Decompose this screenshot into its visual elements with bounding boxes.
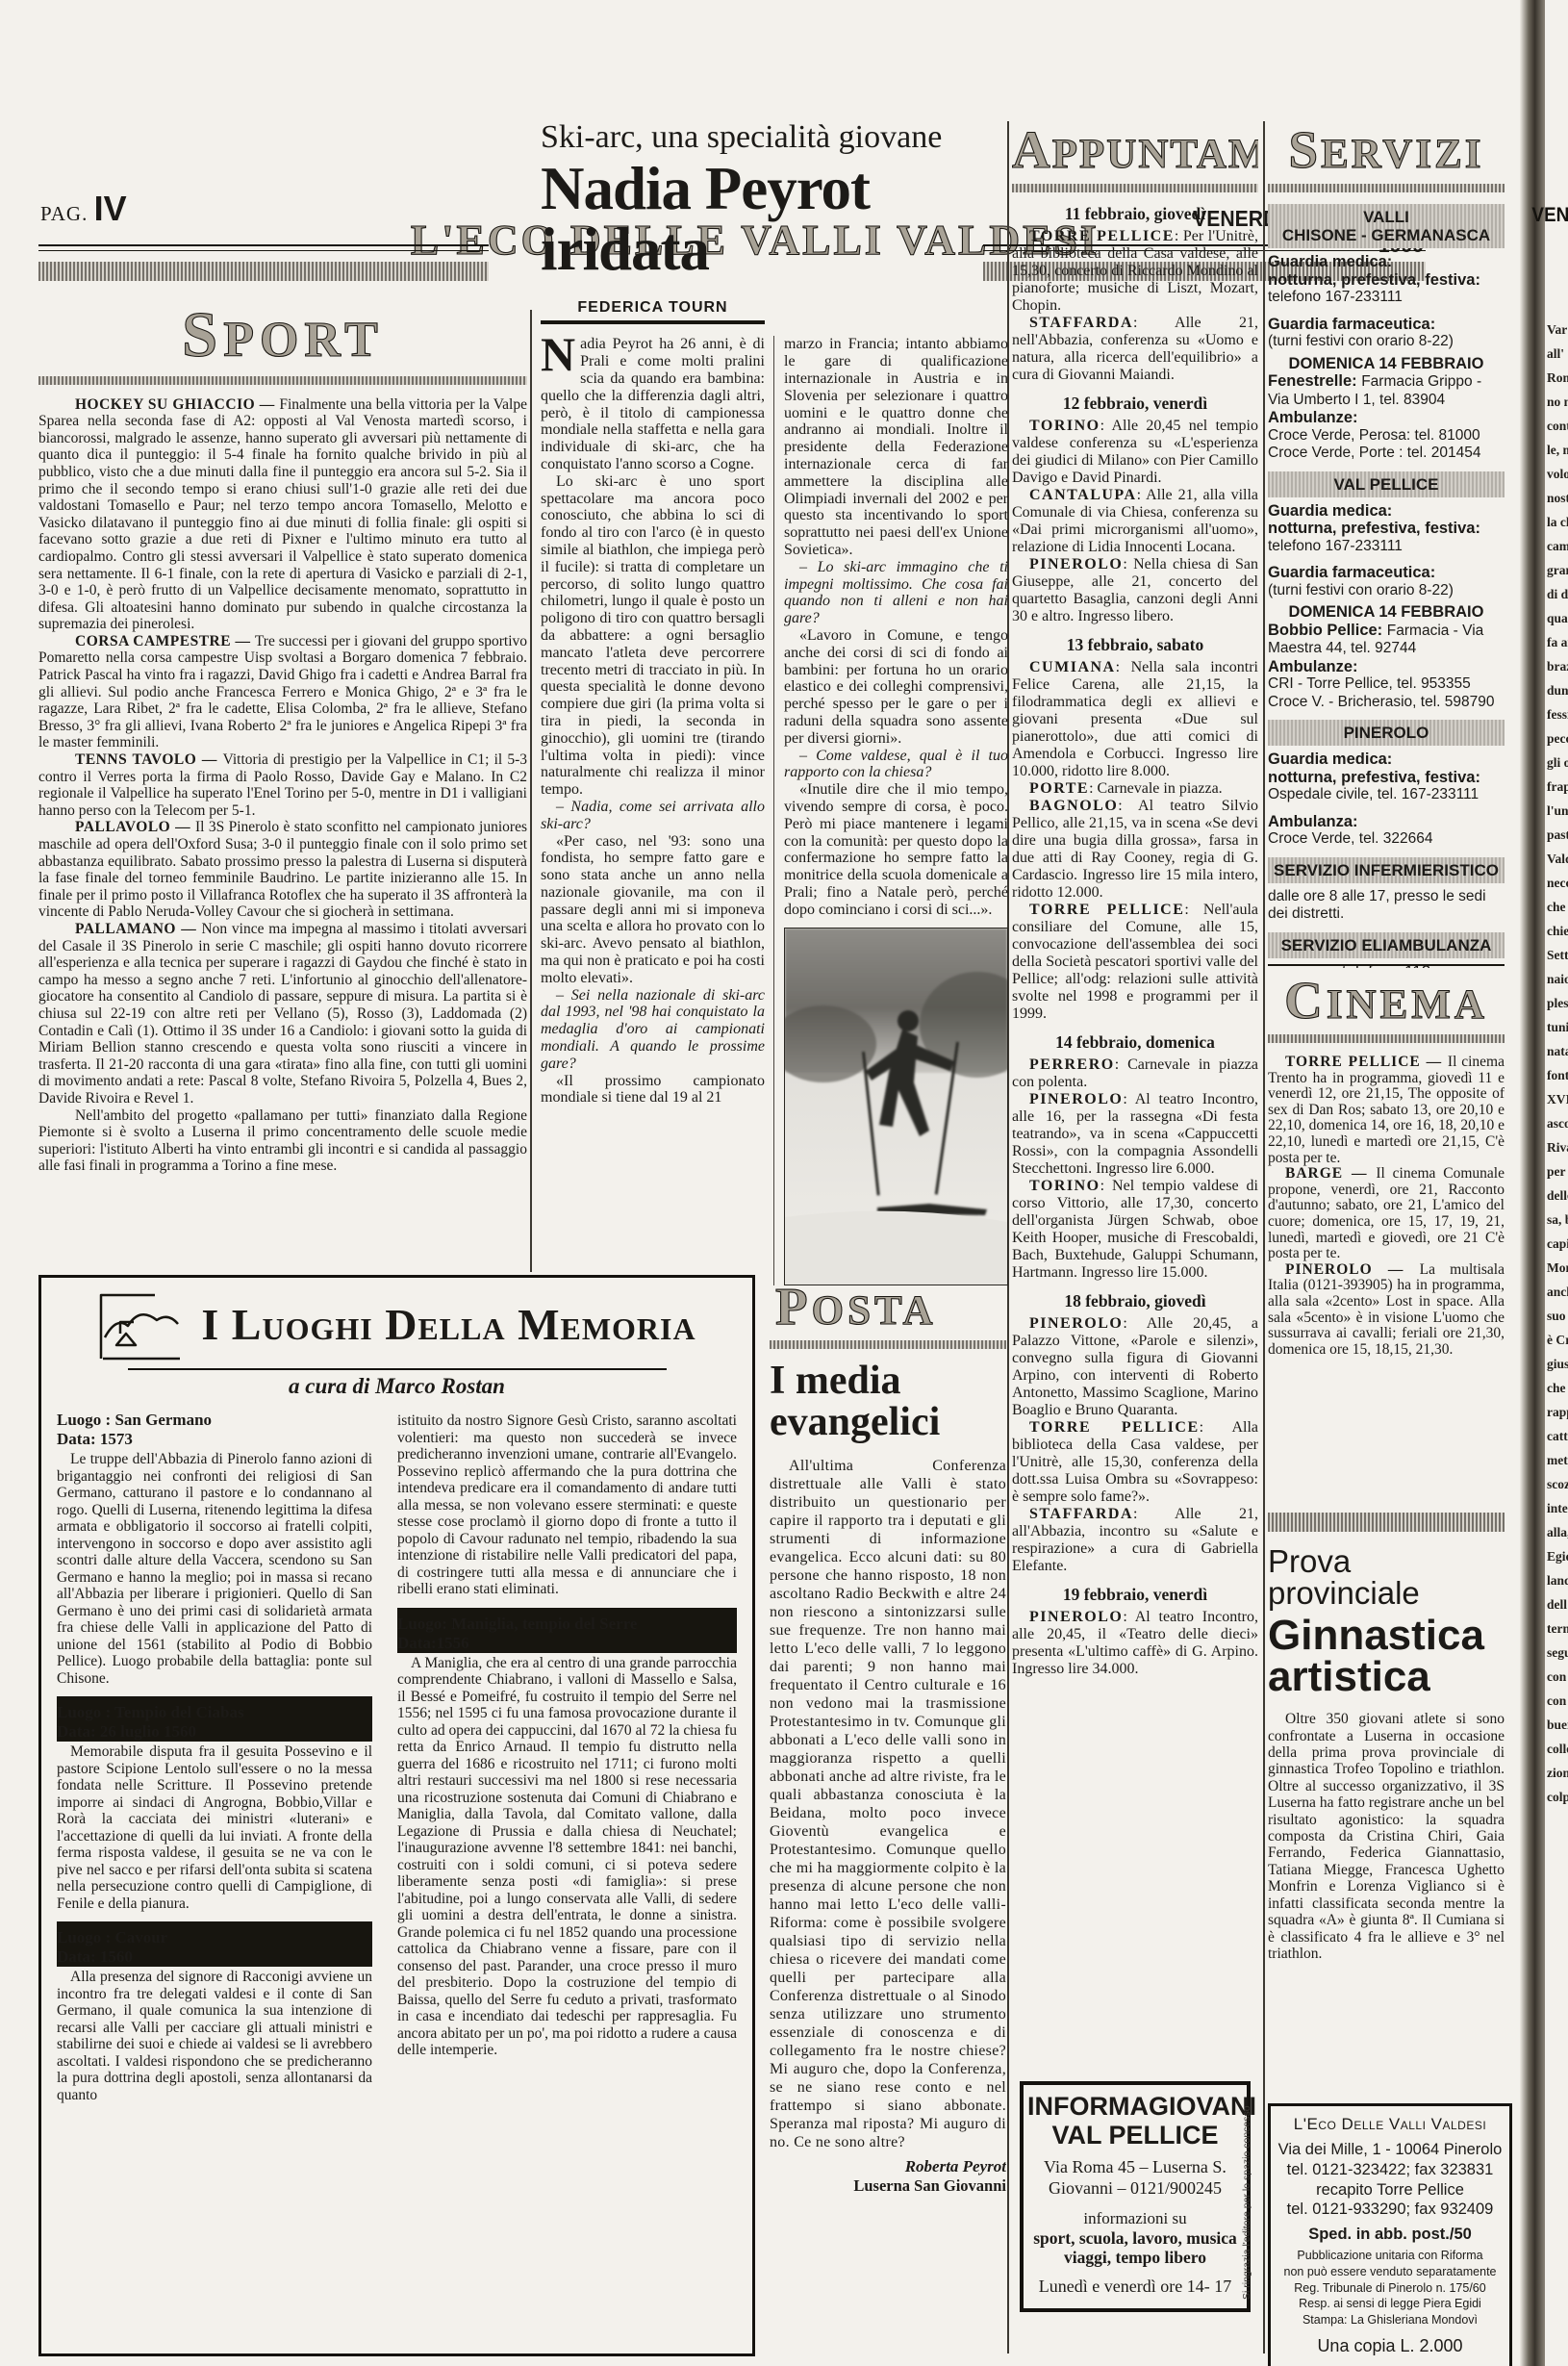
publication-info-text: Pubblicazione unitaria con Riforma — [1297, 2249, 1482, 2262]
appuntamenti-halftone-rule — [1012, 184, 1258, 192]
publication-info-line: recapito Torre Pellice — [1275, 2180, 1505, 2201]
event-item: 11 febbraio, giovedì — [1012, 204, 1258, 224]
event-entry: CUMIANA: Nella sala incontri Felice Care… — [1012, 659, 1258, 780]
sport-paragraph: HOCKEY SU GHIACCIO — Finalmente una bell… — [38, 396, 527, 633]
text-fragment: Settemb — [1547, 943, 1568, 967]
paragraph-text: «Lavoro in Comune, e tengo anche dei cor… — [784, 627, 1008, 747]
event-item: TORRE PELLICE: Nell'aula consiliare del … — [1012, 902, 1258, 1023]
luoghi-block: Le truppe dell'Abbazia di Pinerolo fanno… — [57, 1451, 372, 1687]
luogo-date: Data: 26 luglio 1560 — [57, 1722, 372, 1742]
text-fragment: fessione — [1547, 702, 1568, 726]
text-fragment: necchi a — [1547, 871, 1568, 895]
event-item: TORRE PELLICE: Alla biblioteca della Cas… — [1012, 1419, 1258, 1506]
text-fragment: nostra fe — [1547, 486, 1568, 510]
event-city: PINEROLO — [1029, 1315, 1123, 1332]
servizi-item-head: Fenestrelle: — [1268, 372, 1361, 390]
ginnastica-article: Prova provinciale Ginnastica artistica O… — [1268, 1513, 1505, 2090]
publication-info-text: recapito Torre Pellice — [1316, 2181, 1464, 2199]
servizi-item: notturna, prefestiva, festiva: — [1268, 520, 1505, 538]
servizi-item-text: dalle ore 8 alle 17, presso le sedi dei … — [1268, 888, 1486, 923]
cinema-paragraph: TORRE PELLICE — Il cinema Trento ha in p… — [1268, 1055, 1505, 1166]
letter-signature: Roberta Peyrot — [770, 2157, 1006, 2176]
cinema-paragraph: PINEROLO — La multisala Italia (0121-393… — [1268, 1262, 1505, 1359]
text-fragment: chiesa m — [1547, 919, 1568, 943]
event-entry: STAFFARDA: Alle 21, nell'Abbazia, confer… — [1012, 315, 1258, 384]
ad-address-2: Giovanni – 0121/900245 — [1027, 2178, 1243, 2200]
publication-info-text: tel. 0121-323422; fax 323831 — [1287, 2161, 1494, 2178]
text-fragment: di discep — [1547, 582, 1568, 606]
servizi-item-text: Ospedale civile, tel. 167-233111 — [1268, 786, 1479, 802]
servizi-item: Ospedale civile, tel. 167-233111 — [1268, 786, 1505, 804]
servizi-item: CRI - Torre Pellice, tel. 953355 — [1268, 675, 1505, 694]
servizi-item-text: VAL PELLICE — [1334, 475, 1439, 494]
servizi-section-title: SERVIZI — [1268, 123, 1505, 176]
servizi-item: SERVIZIO ELIAMBULANZA — [1268, 932, 1505, 958]
header-rule-left-1 — [38, 244, 489, 246]
text-fragment: Roma: — [1547, 366, 1568, 390]
event-separator: : — [1116, 659, 1131, 675]
skiarc-article: Ski-arc, una specialità giovane Nadia Pe… — [541, 119, 1008, 1322]
text-fragment: nata di — [1547, 1039, 1568, 1063]
event-item: PERRERO: Carnevale in piazza con polenta… — [1012, 1056, 1258, 1091]
event-entry: TORRE PELLICE: Nell'aula consiliare del … — [1012, 902, 1258, 1023]
text-fragment: cattolici, — [1547, 1424, 1568, 1448]
ginnastica-title: Ginnastica artistica — [1268, 1615, 1505, 1697]
text-fragment: suo inter — [1547, 1304, 1568, 1328]
event-item: PORTE: Carnevale in piazza. — [1012, 780, 1258, 798]
event-item: CUMIANA: Nella sala incontri Felice Care… — [1012, 659, 1258, 780]
event-city: TORRE PELLICE — [1029, 1419, 1200, 1436]
ad-title-2: VAL PELLICE — [1027, 2122, 1243, 2150]
sport-item-text: Non vince ma impegna al massimo i titola… — [38, 921, 527, 1107]
text-fragment: volontà, — [1547, 462, 1568, 486]
event-entry: CANTALUPA: Alle 21, alla villa Comunale … — [1012, 487, 1258, 556]
letter-location: Luserna San Giovanni — [770, 2176, 1006, 2196]
event-city: PINEROLO — [1029, 1609, 1123, 1625]
event-city: PERRERO — [1029, 1056, 1115, 1073]
publication-info-line: Sped. in abb. post./50 — [1275, 2225, 1505, 2245]
event-separator: : — [1123, 1091, 1134, 1107]
event-separator: : — [1118, 798, 1138, 814]
event-separator: : — [1123, 1609, 1134, 1625]
publication-info-lines: L'Eco Delle Valli Valdesi Via dei Mille,… — [1275, 2114, 1505, 2356]
event-entry: PORTE: Carnevale in piazza. — [1012, 780, 1258, 798]
luogo-paragraph: Alla presenza del signore di Racconigi a… — [57, 1969, 372, 2103]
text-fragment: che si è — [1547, 895, 1568, 919]
servizi-item: notturna, prefestiva, festiva: — [1268, 271, 1505, 290]
text-fragment: gli osta — [1547, 751, 1568, 775]
publication-info-line: Una copia L. 2.000 — [1275, 2335, 1505, 2357]
ginnastica-band — [1268, 1513, 1505, 1532]
text-fragment: l'unità d — [1547, 799, 1568, 823]
servizi-item: Ambulanza: — [1268, 813, 1505, 831]
text-fragment: Riva, re — [1547, 1135, 1568, 1159]
event-item: PINEROLO: Al teatro Incontro, alle 20,45… — [1012, 1609, 1258, 1678]
text-fragment: delle ch — [1547, 1183, 1568, 1208]
servizi-halftone-rule — [1268, 184, 1505, 192]
event-city: TORINO — [1029, 1178, 1100, 1194]
ad-hours: Lunedì e venerdì ore 14- 17 — [1027, 2277, 1243, 2297]
luoghi-header: I Luoghi Della Memoria — [57, 1287, 737, 1362]
text-fragment: colpite d — [1547, 1785, 1568, 1809]
event-item: PINEROLO: Alle 20,45, a Palazzo Vittone,… — [1012, 1315, 1258, 1419]
ad-title-1: INFORMAGIOVANI — [1027, 2093, 1243, 2122]
luogo-text: Le truppe dell'Abbazia di Pinerolo fanno… — [57, 1451, 372, 1687]
text-fragment: seguito — [1547, 1641, 1568, 1665]
event-separator: : — [1123, 1315, 1146, 1332]
sport-article-list: HOCKEY SU GHIACCIO — Finalmente una bell… — [38, 396, 527, 1175]
paragraph-text: «Inutile dire che il mio tempo, vivendo … — [784, 781, 1008, 918]
luogo-paragraph: A Maniglia, che era al centro di una gra… — [397, 1655, 737, 2059]
servizi-item-text: Guardia medica: — [1268, 502, 1392, 520]
newspaper-page: PAG. IV L'ECO DELLE VALLI VALDESI VENERD… — [0, 0, 1568, 2366]
servizi-item-head: Bobbio Pellice: — [1268, 622, 1387, 639]
ad-side-note: Si ringrazia l'editore per lo spazio con… — [1241, 2107, 1256, 2300]
adjacent-page-edge: VENERD Var all' Roma: no non è contro c … — [1508, 0, 1568, 2366]
event-item: STAFFARDA: Alle 21, all'Abbazia, incontr… — [1012, 1506, 1258, 1575]
cinema-list: TORRE PELLICE — Il cinema Trento ha in p… — [1268, 1055, 1505, 1358]
text-fragment: che d'av — [1547, 1376, 1568, 1400]
sport-halftone-rule — [38, 376, 527, 385]
posta-section-title: POSTA — [770, 1280, 1006, 1333]
text-fragment: peccato — [1547, 726, 1568, 751]
text-fragment: colletta — [1547, 1737, 1568, 1761]
sport-item-head: PALLAMANO — — [75, 921, 201, 937]
luoghi-column-1: Luogo : San Germano Data: 1573 Le truppe… — [57, 1411, 372, 2111]
publication-info-line: tel. 0121-933290; fax 932409 — [1275, 2200, 1505, 2220]
event-separator: : — [1133, 315, 1175, 331]
posta-halftone-rule — [770, 1340, 1006, 1349]
text-fragment: buen viv — [1547, 1713, 1568, 1737]
publication-info-line: tel. 0121-323422; fax 323831 — [1275, 2160, 1505, 2180]
event-text: Carnevale in piazza. — [1098, 780, 1223, 797]
cinema-city: TORRE PELLICE — — [1285, 1054, 1448, 1070]
sport-item-text: Finalmente una bella vittoria per la Val… — [38, 396, 527, 633]
event-separator: : — [1100, 418, 1112, 434]
text-fragment: tunità d — [1547, 1015, 1568, 1039]
servizi-item: Bobbio Pellice: Farmacia - Via Maestra 4… — [1268, 622, 1505, 658]
event-entry: PINEROLO: Alle 20,45, a Palazzo Vittone,… — [1012, 1315, 1258, 1419]
publication-info-text: L'Eco Delle Valli Valdesi — [1294, 2115, 1486, 2133]
luoghi-title-rule — [128, 1368, 667, 1370]
publication-info-line: L'Eco Delle Valli Valdesi — [1275, 2114, 1505, 2134]
paragraph-text: Lo ski-arc è uno sport spettacolare ma a… — [541, 473, 765, 798]
servizi-item: Croce Verde, tel. 322664 — [1268, 830, 1505, 849]
text-fragment: contro c — [1547, 414, 1568, 438]
text-fragment: giustific — [1547, 1352, 1568, 1376]
sport-item-head: TENNS TAVOLO — — [75, 751, 223, 768]
event-city: BAGNOLO — [1029, 798, 1118, 814]
text-fragment: la chiesa — [1547, 510, 1568, 534]
servizi-item-text: Ambulanze: — [1268, 409, 1358, 426]
luogo-paragraph: Memorabile disputa fra il gesuita Possev… — [57, 1743, 372, 1912]
luogo-label: Luogo : Tempio del Ciabas — [57, 1703, 372, 1722]
event-item: 19 febbraio, venerdì — [1012, 1585, 1258, 1605]
publication-info-box: L'Eco Delle Valli Valdesi Via dei Mille,… — [1268, 2103, 1512, 2366]
publication-info-line: Reg. Tribunale di Pinerolo n. 175/60 — [1275, 2281, 1505, 2297]
text-fragment: fonte ali — [1547, 1063, 1568, 1087]
servizi-item: (turni festivi con orario 8-22) — [1268, 582, 1505, 600]
text-fragment: Egidio e — [1547, 1544, 1568, 1568]
article-paragraph: «Inutile dire che il mio tempo, vivendo … — [784, 781, 1008, 918]
letter-body: All'ultima Conferenza distrettuale alle … — [770, 1457, 1006, 2151]
servizi-item-text: telefono 167-233111 — [1268, 289, 1403, 305]
luoghi-block: Memorabile disputa fra il gesuita Possev… — [57, 1743, 372, 1912]
text-fragment: dunque, — [1547, 678, 1568, 702]
luoghi-block: istituito da nostro Signore Gesù Cristo,… — [397, 1412, 737, 1598]
sport-item-head: CORSA CAMPESTRE — — [75, 633, 255, 649]
appuntamenti-section: APPUNTAMENTI 11 febbraio, giovedì TORRE … — [1012, 123, 1258, 2076]
cinema-halftone-rule — [1268, 1034, 1505, 1043]
text-fragment: zioni del — [1547, 1761, 1568, 1785]
event-separator: : — [1200, 1419, 1232, 1436]
event-separator: : — [1137, 487, 1147, 503]
event-city: TORRE PELLICE — [1029, 228, 1175, 244]
ad-info-label: informazioni su — [1027, 2209, 1243, 2228]
header-rule-left-2 — [38, 250, 489, 251]
publication-info-text: non può essere venduto separatamente — [1284, 2265, 1497, 2278]
text-fragment: Mons. Cle — [1547, 1256, 1568, 1280]
event-item: 12 febbraio, venerdì — [1012, 394, 1258, 414]
servizi-item-text: DOMENICA 14 FEBBRAIO — [1289, 355, 1484, 372]
event-item: 14 febbraio, domenica — [1012, 1032, 1258, 1053]
text-fragment: scozzesi, — [1547, 1472, 1568, 1496]
appuntamenti-section-title: APPUNTAMENTI — [1012, 123, 1258, 176]
cinema-section-title: CINEMA — [1268, 974, 1505, 1027]
informagiovani-ad-box: INFORMAGIOVANI VAL PELLICE Via Roma 45 –… — [1020, 2081, 1251, 2312]
text-fragment: dell'inco — [1547, 1592, 1568, 1616]
ad-info-line-1: sport, scuola, lavoro, musica — [1027, 2228, 1243, 2248]
article-byline: FEDERICA TOURN — [541, 299, 765, 324]
publication-info-line: Via dei Mille, 1 - 10064 Pinerolo — [1275, 2140, 1505, 2160]
article-columns: Nadia Peyrot ha 26 anni, è di Prali e co… — [541, 336, 1008, 1285]
sport-paragraph: CORSA CAMPESTRE — Tre successi per i gio… — [38, 633, 527, 751]
event-date-header: 11 febbraio, giovedì — [1012, 204, 1258, 224]
event-entry: PINEROLO: Al teatro Incontro, alle 16, p… — [1012, 1091, 1258, 1178]
servizi-item-text: VALLI CHISONE - GERMANASCA — [1282, 208, 1490, 244]
event-item: CANTALUPA: Alle 21, alla villa Comunale … — [1012, 487, 1258, 556]
event-item: BAGNOLO: Al teatro Silvio Pellico, alle … — [1012, 798, 1258, 902]
luogo-paragraph: Le truppe dell'Abbazia di Pinerolo fanno… — [57, 1451, 372, 1687]
publication-info-text: Stampa: La Ghisleriana Mondovì — [1302, 2313, 1478, 2327]
text-fragment: alla, del — [1547, 1520, 1568, 1544]
luoghi-block: Luogo : Tempio del Ciabas Data: 26 lugli… — [57, 1696, 372, 1742]
servizi-item: notturna, prefestiva, festiva: — [1268, 769, 1505, 787]
servizi-item-text: SERVIZIO INFERMIERISTICO — [1274, 861, 1499, 879]
paragraph-text: marzo in Francia; intanto abbiamo le gar… — [784, 336, 1008, 558]
servizi-item-text: (turni festivi con orario 8-22) — [1268, 333, 1454, 349]
event-entry: PERRERO: Carnevale in piazza con polenta… — [1012, 1056, 1258, 1091]
servizi-item-text: SERVIZIO ELIAMBULANZA — [1281, 936, 1492, 954]
page-fold-shadow — [1520, 0, 1545, 2366]
sport-item-text: Nell'ambito del progetto «pallamano per … — [38, 1107, 527, 1175]
event-city: TORINO — [1029, 418, 1100, 434]
article-paragraph: Lo ski-arc è uno sport spettacolare ma a… — [541, 473, 765, 799]
text-fragment: pastore — [1547, 823, 1568, 847]
cinema-city: BARGE — — [1285, 1165, 1376, 1182]
text-fragment: è Cristo — [1547, 1328, 1568, 1352]
article-column-1: Nadia Peyrot ha 26 anni, è di Prali e co… — [541, 336, 765, 1285]
luogo-text: istituito da nostro Signore Gesù Cristo,… — [397, 1412, 737, 1597]
drop-cap: N — [541, 336, 580, 372]
servizi-item-text: Ambulanze: — [1268, 658, 1358, 675]
servizi-item: DOMENICA 14 FEBBRAIO — [1268, 603, 1505, 622]
publication-info-line: Resp. ai sensi di legge Piera Egidi — [1275, 2297, 1505, 2312]
servizi-item-text: DOMENICA 14 FEBBRAIO — [1289, 603, 1484, 621]
text-fragment: grande d — [1547, 558, 1568, 582]
text-fragment: anche d — [1547, 1280, 1568, 1304]
event-separator: : — [1123, 556, 1133, 572]
posta-section: POSTA I media evangelici All'ultima Conf… — [770, 1280, 1006, 2362]
publication-info-text: Via dei Mille, 1 - 10064 Pinerolo — [1278, 2141, 1503, 2158]
sport-paragraph: TENNS TAVOLO — Vittoria di prestigio per… — [38, 751, 527, 819]
servizi-item-text: Guardia farmaceutica: — [1268, 564, 1435, 581]
cinema-text: Il cinema Trento ha in programma, gioved… — [1268, 1054, 1505, 1166]
letter-title: I media evangelici — [770, 1361, 1006, 1443]
ad-address-1: Via Roma 45 – Luserna S. — [1027, 2157, 1243, 2178]
text-fragment: capitale, — [1547, 1232, 1568, 1256]
text-fragment: Var — [1547, 318, 1568, 342]
text-fragment: interven — [1547, 1496, 1568, 1520]
article-paragraph: «Lavoro in Comune, e tengo anche dei cor… — [784, 627, 1008, 748]
ginnastica-text: Oltre 350 giovani atlete si sono confron… — [1268, 1711, 1505, 1962]
servizi-item: SERVIZIO INFERMIERISTICO — [1268, 857, 1505, 883]
event-city: CUMIANA — [1029, 659, 1116, 675]
sport-paragraph: PALLAVOLO — Il 3S Pinerolo è stato sconf… — [38, 819, 527, 921]
event-city: PORTE — [1029, 780, 1089, 797]
luogo-text: Memorabile disputa fra il gesuita Possev… — [57, 1743, 372, 1912]
header-band-left — [38, 262, 489, 281]
servizi-item-text: Ambulanza: — [1268, 813, 1358, 830]
event-list: 11 febbraio, giovedì TORRE PELLICE: Per … — [1012, 204, 1258, 1678]
servizi-item: Guardia medica: — [1268, 751, 1505, 769]
servizi-item: Croce Verde, Perosa: tel. 81000 — [1268, 427, 1505, 445]
text-fragment: Valdo B — [1547, 847, 1568, 871]
luogo-date: Data: 1560 — [57, 1947, 372, 1967]
servizi-list: VALLI CHISONE - GERMANASCA Guardia medic… — [1268, 204, 1505, 968]
servizi-item-text: (turni festivi con orario 8-22) — [1268, 582, 1454, 598]
publication-info-text: Resp. ai sensi di legge Piera Egidi — [1299, 2297, 1481, 2310]
luogo-text: Alla presenza del signore di Racconigi a… — [57, 1969, 372, 2103]
luogo-text: A Maniglia, che era al centro di una gra… — [397, 1655, 737, 2059]
event-city: PINEROLO — [1029, 556, 1123, 572]
event-separator: : — [1175, 228, 1183, 244]
event-item: 18 febbraio, giovedì — [1012, 1291, 1258, 1311]
ad-info-line-2: viaggi, tempo libero — [1027, 2248, 1243, 2267]
article-paragraph: «Per caso, nel '93: sono una fondista, h… — [541, 833, 765, 987]
event-date-header: 12 febbraio, venerdì — [1012, 394, 1258, 414]
text-fragment: ascolto — [1547, 1111, 1568, 1135]
servizi-item-text: Guardia medica: — [1268, 253, 1392, 270]
event-separator: : — [1133, 1506, 1175, 1522]
paragraph-text: – Sei nella nazionale di ski-arc dal 199… — [541, 987, 765, 1072]
text-fragment: frappon — [1547, 775, 1568, 799]
servizi-section: SERVIZI VALLI CHISONE - GERMANASCA Guard… — [1268, 123, 1505, 968]
text-fragment: fa arduo — [1547, 630, 1568, 654]
text-fragment: per l'ecu — [1547, 1159, 1568, 1183]
event-item: TORINO: Nel tempio valdese di corso Vitt… — [1012, 1178, 1258, 1282]
servizi-item: telefono 167-233111 — [1268, 289, 1505, 307]
text-fragment: brazion — [1547, 654, 1568, 678]
event-entry: BAGNOLO: Al teatro Silvio Pellico, alle … — [1012, 798, 1258, 902]
servizi-item: Croce Verde, Porte : tel. 201454 — [1268, 445, 1505, 463]
servizi-item: Guardia medica: — [1268, 253, 1505, 271]
cinema-paragraph: BARGE — Il cinema Comunale propone, vene… — [1268, 1166, 1505, 1262]
event-city: STAFFARDA — [1029, 315, 1133, 331]
publication-info-text: Una copia L. 2.000 — [1317, 2336, 1462, 2355]
event-separator: : — [1115, 1056, 1127, 1073]
text-fragment: XVI seco — [1547, 1087, 1568, 1111]
sport-paragraph: Nell'ambito del progetto «pallamano per … — [38, 1107, 527, 1175]
servizi-item: Ambulanze: — [1268, 658, 1505, 676]
servizi-item-text: notturna, prefestiva, festiva: — [1268, 520, 1480, 537]
event-city: CANTALUPA — [1029, 487, 1137, 503]
luogo-label: Luogo: Maniglia, tempio del Serre — [397, 1615, 737, 1634]
article-column-2-text: marzo in Francia; intanto abbiamo le gar… — [784, 336, 1008, 918]
text-fragment: plessità — [1547, 991, 1568, 1015]
text-fragment: le, ma u — [1547, 438, 1568, 462]
servizi-item: (turni festivi con orario 8-22) — [1268, 333, 1505, 351]
column-rule-1 — [530, 310, 532, 1272]
text-fragment: metodis — [1547, 1448, 1568, 1472]
publication-info-text: Sped. in abb. post./50 — [1308, 2226, 1472, 2243]
text-fragment: rappres — [1547, 1400, 1568, 1424]
event-item: 13 febbraio, sabato — [1012, 635, 1258, 655]
article-paragraph: marzo in Francia; intanto abbiamo le gar… — [784, 336, 1008, 558]
event-item: TORRE PELLICE: Per l'Unitrè, alla biblio… — [1012, 228, 1258, 315]
article-headline: Nadia Peyrot iridata — [541, 159, 1008, 280]
sport-item-head: HOCKEY SU GHIACCIO — — [75, 396, 279, 413]
luogo-label: Luogo : Cavour — [57, 1928, 372, 1947]
ginnastica-kicker: Prova provinciale — [1268, 1545, 1505, 1609]
sport-item-text: Tre successi per i giovani del gruppo sp… — [38, 633, 527, 751]
servizi-item: telefono 167-233111 — [1268, 538, 1505, 556]
servizi-item: Croce V. - Bricherasio, tel. 598790 — [1268, 694, 1505, 712]
luoghi-block: Luogo : Cavour Data: 1560 — [57, 1921, 372, 1967]
adjacent-page-text-fragments: Var all' Roma: no non è contro c le, ma … — [1547, 318, 1568, 1809]
luogo-paragraph: istituito da nostro Signore Gesù Cristo,… — [397, 1412, 737, 1598]
servizi-item-text: notturna, prefestiva, festiva: — [1268, 769, 1480, 786]
event-entry: PINEROLO: Al teatro Incontro, alle 20,45… — [1012, 1609, 1258, 1678]
servizi-item: DOMENICA 14 FEBBRAIO — [1268, 355, 1505, 373]
luoghi-memoria-box: I Luoghi Della Memoria a cura di Marco R… — [38, 1275, 755, 2356]
event-entry: STAFFARDA: Alle 21, all'Abbazia, incontr… — [1012, 1506, 1258, 1575]
sport-item-head: PALLAVOLO — — [75, 819, 195, 835]
publication-info-text: tel. 0121-933290; fax 932409 — [1287, 2201, 1494, 2218]
article-paragraph: – Sei nella nazionale di ski-arc dal 199… — [541, 987, 765, 1073]
servizi-item: VALLI CHISONE - GERMANASCA — [1268, 204, 1505, 248]
luoghi-curator: a cura di Marco Rostan — [57, 1374, 737, 1399]
text-fragment: all' — [1547, 342, 1568, 366]
luoghi-block: A Maniglia, che era al centro di una gra… — [397, 1655, 737, 2059]
article-paragraph: – Lo ski-arc immagino che ti impegni mol… — [784, 559, 1008, 627]
luogo-date: Data:1556 — [397, 1634, 737, 1653]
servizi-item: PINEROLO — [1268, 720, 1505, 746]
event-entry: TORINO: Alle 20,45 nel tempio valdese co… — [1012, 418, 1258, 487]
event-entry: TORINO: Nel tempio valdese di corso Vitt… — [1012, 1178, 1258, 1282]
article-paragraph: – Come valdese, qual è il tuo rapporto c… — [784, 748, 1008, 782]
servizi-item-text: Croce Verde, Perosa: tel. 81000 — [1268, 427, 1480, 444]
event-item: STAFFARDA: Alle 21, nell'Abbazia, confer… — [1012, 315, 1258, 384]
event-separator: : — [1089, 780, 1097, 797]
luoghi-block: Luogo : San Germano Data: 1573 — [57, 1411, 372, 1449]
sport-section-title: SPORT — [38, 304, 527, 369]
event-date-header: 18 febbraio, giovedì — [1012, 1291, 1258, 1311]
servizi-item-text: Croce V. - Bricherasio, tel. 598790 — [1268, 694, 1495, 710]
text-fragment: con il p — [1547, 1689, 1568, 1713]
event-separator: : — [1100, 1178, 1112, 1194]
luoghi-block: Alla presenza del signore di Racconigi a… — [57, 1969, 372, 2103]
